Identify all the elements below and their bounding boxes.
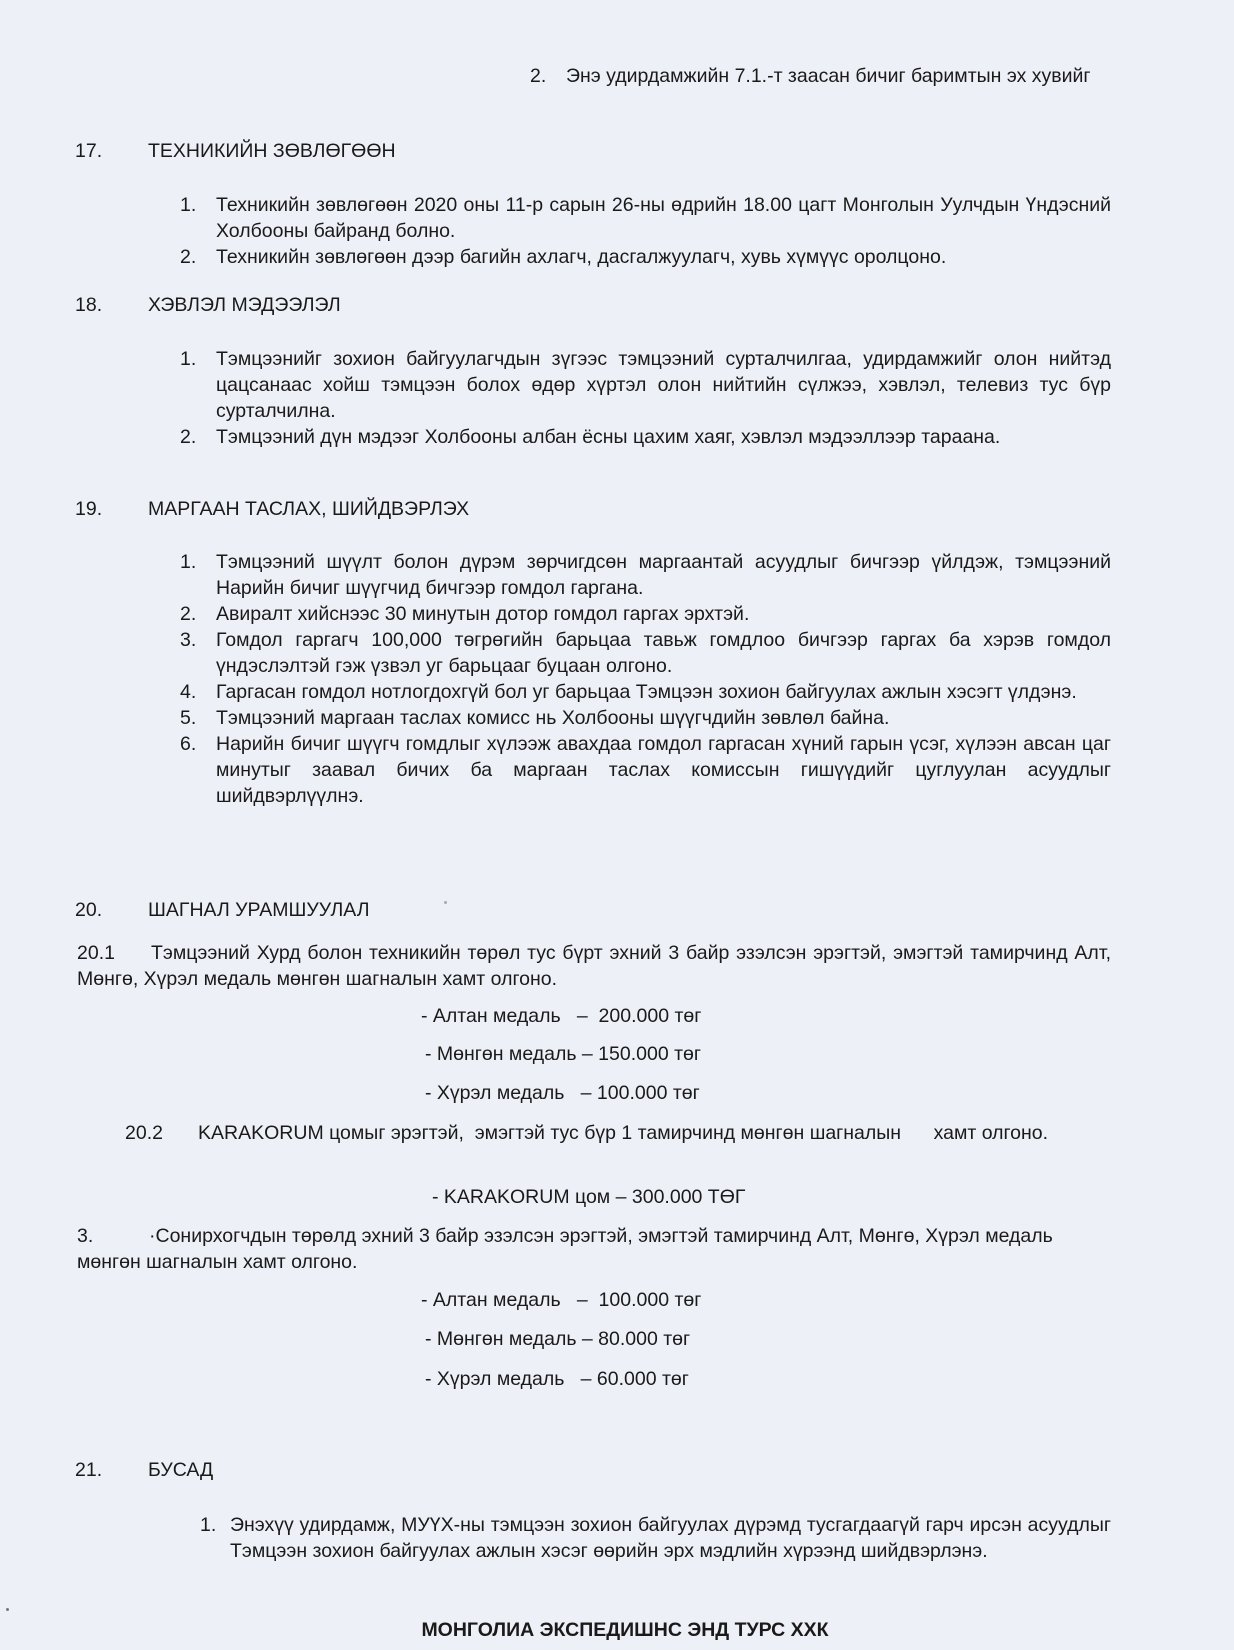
clause-20-2: 20.2 KARAKORUM цомыг эрэгтэй, эмэгтэй ту…	[125, 1120, 1115, 1146]
list-text: Нарийн бичиг шүүгч гомдлыг хүлээж авахда…	[216, 733, 1111, 807]
section-title: ТЕХНИКИЙН ЗӨВЛӨГӨӨН	[148, 138, 396, 164]
clause-20-1: 20.1Тэмцээний Хурд болон техникийн төрөл…	[77, 940, 1111, 992]
section-title: БУСАД	[148, 1457, 213, 1483]
list-item: 3. Гомдол гаргагч 100,000 төгрөгийн барь…	[180, 627, 1111, 679]
section-heading-18: 18. ХЭВЛЭЛ МЭДЭЭЛЭЛ	[75, 292, 675, 318]
list-number: 1.	[180, 346, 196, 372]
list-number: 1.	[180, 549, 196, 575]
carryover-list-item: 2. Энэ удирдамжийн 7.1.-т заасан бичиг б…	[530, 63, 1146, 89]
section-number: 20.	[75, 897, 102, 923]
prize-line: - Мөнгөн медаль – 150.000 төг	[425, 1041, 701, 1067]
list-number: 4.	[180, 679, 196, 705]
list-item: 1. Техникийн зөвлөгөөн 2020 оны 11-р сар…	[180, 192, 1111, 244]
list-text: Гаргасан гомдол нотлогдохгүй бол уг барь…	[216, 681, 1077, 703]
list-number: 5.	[180, 705, 196, 731]
list-text: Гомдол гаргагч 100,000 төгрөгийн барьцаа…	[216, 629, 1111, 677]
clause-text: ·Сонирхогчдын төрөлд эхний 3 байр эзэлсэ…	[77, 1225, 1053, 1273]
list-item: 4. Гаргасан гомдол нотлогдохгүй бол уг б…	[180, 679, 1111, 705]
clause-text: KARAKORUM цомыг эрэгтэй, эмэгтэй тус бүр…	[198, 1120, 1115, 1146]
prize-line: - Мөнгөн медаль – 80.000 төг	[425, 1326, 690, 1352]
section-title: МАРГААН ТАСЛАХ, ШИЙДВЭРЛЭХ	[148, 496, 469, 522]
section-19-list: 1. Тэмцээний шүүлт болон дүрэм зөрчигдсө…	[180, 549, 1111, 809]
section-number: 21.	[75, 1457, 102, 1483]
list-text: Техникийн зөвлөгөөн 2020 оны 11-р сарын …	[216, 194, 1111, 242]
section-heading-20: 20. ШАГНАЛ УРАМШУУЛАЛ	[75, 897, 675, 923]
clause-text: Тэмцээний Хурд болон техникийн төрөл тус…	[77, 942, 1111, 990]
section-number: 17.	[75, 138, 102, 164]
list-number: 2.	[180, 601, 196, 627]
prize-line: - Алтан медаль – 100.000 төг	[421, 1287, 701, 1313]
list-number: 2.	[180, 244, 196, 270]
section-21-list: 1. Энэхүү удирдамж, МУҮХ-ны тэмцээн зохи…	[200, 1512, 1111, 1564]
list-item: 6. Нарийн бичиг шүүгч гомдлыг хүлээж ава…	[180, 731, 1111, 809]
list-text: Тэмцээний шүүлт болон дүрэм зөрчигдсөн м…	[216, 551, 1111, 599]
list-item: 2. Тэмцээний дүн мэдээг Холбооны албан ё…	[180, 424, 1111, 450]
section-18-list: 1. Тэмцээнийг зохион байгуулагчдын зүгээ…	[180, 346, 1111, 450]
section-heading-17: 17. ТЕХНИКИЙН ЗӨВЛӨГӨӨН	[75, 138, 675, 164]
footer-organization: МОНГОЛИА ЭКСПЕДИШНС ЭНД ТУРС ХХК	[0, 1617, 1234, 1643]
section-heading-19: 19. МАРГААН ТАСЛАХ, ШИЙДВЭРЛЭХ	[75, 496, 675, 522]
list-number: 1.	[200, 1512, 216, 1538]
list-item: 5. Тэмцээний маргаан таслах комисс нь Хо…	[180, 705, 1111, 731]
section-title: ХЭВЛЭЛ МЭДЭЭЛЭЛ	[148, 292, 341, 318]
prize-line: - Алтан медаль – 200.000 төг	[421, 1003, 701, 1029]
list-number: 2.	[530, 63, 546, 89]
list-text: Тэмцээний дүн мэдээг Холбооны албан ёсны…	[216, 426, 1000, 448]
list-number: 2.	[180, 424, 196, 450]
list-item: 2. Авиралт хийснээс 30 минутын дотор гом…	[180, 601, 1111, 627]
document-page: 2. Энэ удирдамжийн 7.1.-т заасан бичиг б…	[0, 0, 1234, 1650]
prize-line: - Хүрэл медаль – 60.000 төг	[425, 1366, 689, 1392]
list-text: Энэхүү удирдамж, МУҮХ-ны тэмцээн зохион …	[230, 1514, 1111, 1562]
clause-number: 20.1	[77, 940, 151, 966]
list-item: 1. Энэхүү удирдамж, МУҮХ-ны тэмцээн зохи…	[200, 1512, 1111, 1564]
section-heading-21: 21. БУСАД	[75, 1457, 675, 1483]
list-number: 1.	[180, 192, 196, 218]
scan-speck	[444, 901, 447, 904]
list-item: 2. Техникийн зөвлөгөөн дээр багийн ахлаг…	[180, 244, 1111, 270]
list-item: 1. Тэмцээний шүүлт болон дүрэм зөрчигдсө…	[180, 549, 1111, 601]
clause-number: 20.2	[125, 1120, 163, 1146]
list-text: Тэмцээний маргаан таслах комисс нь Холбо…	[216, 707, 889, 729]
list-text: Энэ удирдамжийн 7.1.-т заасан бичиг бари…	[566, 65, 1091, 87]
clause-3: 3.·Сонирхогчдын төрөлд эхний 3 байр эзэл…	[77, 1223, 1117, 1275]
prize-line: - KARAKORUM цом – 300.000 ТӨГ	[432, 1184, 745, 1210]
list-number: 6.	[180, 731, 196, 757]
clause-number: 3.	[77, 1223, 149, 1249]
section-17-list: 1. Техникийн зөвлөгөөн 2020 оны 11-р сар…	[180, 192, 1111, 270]
list-item: 1. Тэмцээнийг зохион байгуулагчдын зүгээ…	[180, 346, 1111, 424]
list-text: Тэмцээнийг зохион байгуулагчдын зүгээс т…	[216, 348, 1111, 422]
list-number: 3.	[180, 627, 196, 653]
list-text: Техникийн зөвлөгөөн дээр багийн ахлагч, …	[216, 246, 946, 268]
section-number: 18.	[75, 292, 102, 318]
section-number: 19.	[75, 496, 102, 522]
scan-speck	[6, 1608, 9, 1611]
prize-line: - Хүрэл медаль – 100.000 төг	[425, 1080, 700, 1106]
list-text: Авиралт хийснээс 30 минутын дотор гомдол…	[216, 603, 749, 625]
section-title: ШАГНАЛ УРАМШУУЛАЛ	[148, 897, 370, 923]
